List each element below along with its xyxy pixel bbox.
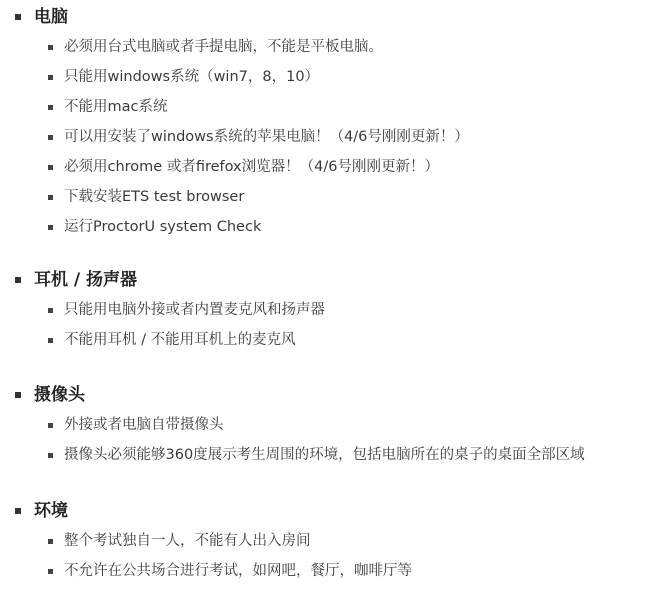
square-bullet-icon [48,338,53,343]
list-item: 运行ProctorU system Check [0,212,651,242]
square-bullet-icon [48,423,53,428]
section-heading: 环境 [0,496,651,526]
square-bullet-icon [48,105,53,110]
square-bullet-icon [48,225,53,230]
item-list: 必须用台式电脑或者手提电脑，不能是平板电脑。 只能用windows系统（win7… [0,32,651,242]
heading-text: 耳机 / 扬声器 [34,270,137,290]
section-heading: 电脑 [0,2,651,32]
list-item: 必须用chrome 或者firefox浏览器！（4/6号刚刚更新！） [0,152,651,182]
section-camera: 摄像头 外接或者电脑自带摄像头 摄像头必须能够360度展示考生周围的环境，包括电… [0,380,651,470]
list-item: 只能用windows系统（win7，8，10） [0,62,651,92]
list-item: 只能用电脑外接或者内置麦克风和扬声器 [0,295,651,325]
square-bullet-icon [48,453,53,458]
square-bullet-icon [48,308,53,313]
list-item: 可以用安装了windows系统的苹果电脑！（4/6号刚刚更新！） [0,122,651,152]
square-bullet-icon [48,539,53,544]
list-item: 必须用台式电脑或者手提电脑，不能是平板电脑。 [0,32,651,62]
square-bullet-icon [15,392,21,398]
square-bullet-icon [15,508,21,514]
square-bullet-icon [15,14,21,20]
square-bullet-icon [15,277,21,283]
section-heading: 摄像头 [0,380,651,410]
list-item: 摄像头必须能够360度展示考生周围的环境，包括电脑所在的桌子的桌面全部区域 [0,440,651,470]
list-item: 不允许在公共场合进行考试，如网吧，餐厅，咖啡厅等 [0,556,651,586]
item-list: 只能用电脑外接或者内置麦克风和扬声器 不能用耳机 / 不能用耳机上的麦克风 [0,295,651,355]
square-bullet-icon [48,45,53,50]
heading-text: 环境 [34,501,68,521]
heading-text: 电脑 [34,7,68,27]
item-list: 整个考试独自一人，不能有人出入房间 不允许在公共场合进行考试，如网吧，餐厅，咖啡… [0,526,651,586]
section-environment: 环境 整个考试独自一人，不能有人出入房间 不允许在公共场合进行考试，如网吧，餐厅… [0,496,651,586]
list-item: 不能用mac系统 [0,92,651,122]
square-bullet-icon [48,75,53,80]
item-list: 外接或者电脑自带摄像头 摄像头必须能够360度展示考生周围的环境，包括电脑所在的… [0,410,651,470]
square-bullet-icon [48,569,53,574]
square-bullet-icon [48,135,53,140]
section-heading: 耳机 / 扬声器 [0,265,651,295]
section-computer: 电脑 必须用台式电脑或者手提电脑，不能是平板电脑。 只能用windows系统（w… [0,2,651,242]
section-headset-speaker: 耳机 / 扬声器 只能用电脑外接或者内置麦克风和扬声器 不能用耳机 / 不能用耳… [0,265,651,355]
list-item: 不能用耳机 / 不能用耳机上的麦克风 [0,325,651,355]
square-bullet-icon [48,165,53,170]
list-item: 外接或者电脑自带摄像头 [0,410,651,440]
list-item: 整个考试独自一人，不能有人出入房间 [0,526,651,556]
list-item: 下载安装ETS test browser [0,182,651,212]
square-bullet-icon [48,195,53,200]
heading-text: 摄像头 [34,385,85,405]
